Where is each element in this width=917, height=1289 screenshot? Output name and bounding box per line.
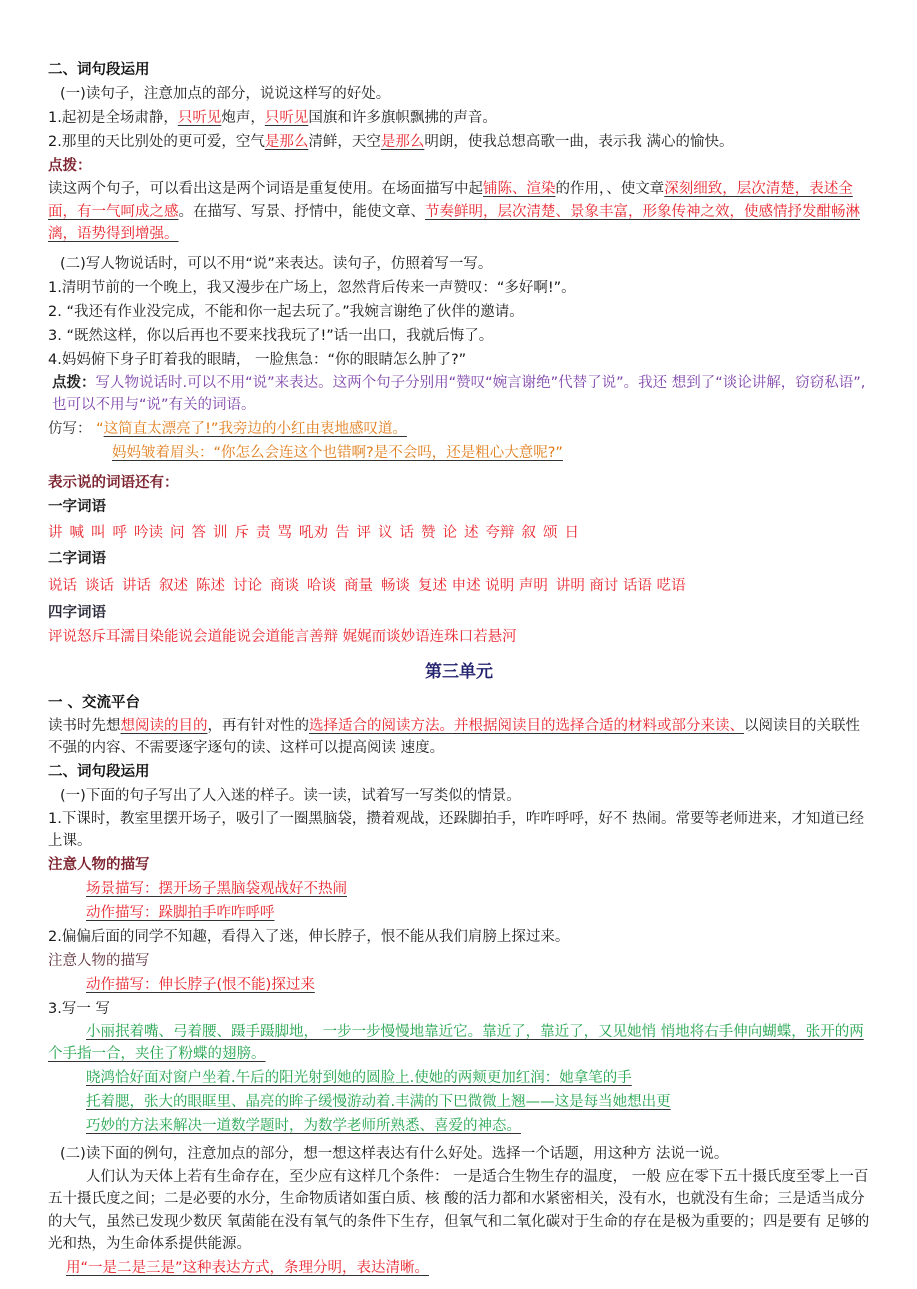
- tip-paragraph: 点拨：写人物说话时.可以不用“说”来表达。这两个句子分别用“赞叹“婉言谢绝”代替…: [48, 372, 870, 417]
- dotted-phrase: 只听见: [265, 110, 309, 126]
- example-item: 2. “我还有作业没完成，不能和你一起去玩了。”我婉言谢绝了伙伴的邀请。: [48, 300, 870, 324]
- sentence-1: 1.起初是全场肃静，只听见炮声，只听见国旗和许多旗帜飘拂的声音。: [48, 106, 870, 130]
- exercise-prompt: (一)下面的句子写出了人入迷的样子。读一读，试着写一写类似的情景。: [48, 784, 870, 808]
- writing-sample-2: 晓鸿恰好面对窗户坐着.午后的阳光射到她的圆脸上.使她的两颊更加红润：她拿笔的手: [48, 1066, 870, 1090]
- text: 的作用，、使文章: [556, 181, 665, 197]
- word: 讨论: [233, 578, 262, 594]
- tip-text: 写人物说话时.可以不用“说”来表达。这两个句子分别用“赞叹“婉言谢绝”代替了说”…: [52, 375, 865, 414]
- quote: “: [96, 421, 104, 437]
- note-text: 动作描写：伸长脖子(恨不能)探过来: [86, 977, 315, 993]
- highlight: 选择适合的阅读方法。并根据阅读目的选择合适的材料或部分来读、: [309, 718, 744, 734]
- dotted-phrase: 是那么: [265, 134, 309, 150]
- dotted-phrase: 是那么: [381, 134, 425, 150]
- word: 告: [335, 525, 350, 541]
- word: 叙述: [159, 578, 188, 594]
- writing-sample-2: 托着腮，张大的眼眶里、晶亮的眸子缓慢游动着.丰满的下巴微微上翘——这是每当她想出…: [48, 1090, 870, 1114]
- word: 复述 申述 说明 声明: [418, 578, 548, 594]
- exercise-prompt: (二)读下面的例句，注意加点的部分，想一想这样表达有什么好处。选择一个话题，用这…: [48, 1142, 870, 1166]
- word: 颂: [543, 525, 558, 541]
- example-item: 3.写一 写: [48, 997, 870, 1021]
- word: 讲明 商讨 话语 呓语: [556, 578, 686, 594]
- highlight: 铺陈、渲染: [483, 181, 556, 197]
- word: 呼: [113, 525, 128, 541]
- note-label: 注意人物的描写: [48, 853, 870, 877]
- word: 夸辩: [486, 525, 515, 541]
- section-heading: 二、词句段运用: [48, 58, 870, 82]
- example-item: 1.清明节前的一个晚上，我又漫步在广场上，忽然背后传来一声赞叹：“多好啊!”。: [48, 276, 870, 300]
- sample-text: 晓鸿恰好面对窗户坐着.午后的阳光射到她的圆脸上.使她的两颊更加红润：她拿笔的手: [86, 1070, 632, 1086]
- text: 1.起初是全场肃静，: [48, 110, 178, 126]
- word: 答: [192, 525, 207, 541]
- word: 议: [378, 525, 393, 541]
- text: 2.那里的天比别处的更可爱，空气: [48, 134, 265, 150]
- writing-sample-2: 巧妙的方法来解决一道数学题时，为数学老师所熟悉、喜爱的神态。: [48, 1114, 870, 1138]
- word: 说话: [48, 578, 77, 594]
- example-paragraph: 人们认为天体上若有生命存在，至少应有这样几个条件： 一是适合生物生存的温度， 一…: [48, 1166, 870, 1256]
- word: 话: [400, 525, 415, 541]
- text: 明朗，使我总想高歌一曲，表示我 满心的愉快。: [424, 134, 733, 150]
- word: 喊: [70, 525, 85, 541]
- word: 赞: [421, 525, 436, 541]
- imitation-text: 这简直太漂亮了!”我旁边的小红由衷地感叹道。: [104, 421, 407, 437]
- note-scene: 场景描写：摆开场子黑脑袋观战好不热闹: [48, 877, 870, 901]
- answer-text: 用“一是二是三是”这种表达方式，条理分明，表达清晰。: [66, 1260, 429, 1276]
- word: 吼劝: [299, 525, 328, 541]
- imitation-text: 妈妈皱着眉头：“你怎么会连这个也错啊?是不会吗，还是粗心大意呢?”: [112, 445, 563, 461]
- exercise-prompt: (一)读句子，注意加点的部分，说说这样写的好处。: [48, 82, 870, 106]
- word: 责: [256, 525, 271, 541]
- imitation-1: 仿写： “这简直太漂亮了!”我旁边的小红由衷地感叹道。: [48, 417, 870, 441]
- word: 吟读: [134, 525, 163, 541]
- word: 斥: [235, 525, 250, 541]
- word: 商谈: [270, 578, 299, 594]
- word: 叫: [91, 525, 106, 541]
- note-action: 动作描写：跺脚拍手咋咋呼呼: [48, 901, 870, 925]
- tip-label: 点拨：: [52, 375, 96, 391]
- word: 训: [213, 525, 228, 541]
- text: 国旗和许多旗帜飘拂的声音。: [308, 110, 497, 126]
- exercise-prompt: (二)写人物说话时，可以不用“说”来表达。读句子，仿照着写一写。: [48, 252, 870, 276]
- sample-text: 托着腮，张大的眼眶里、晶亮的眸子缓慢游动着.丰满的下巴微微上翘——这是每当她想出…: [86, 1094, 671, 1110]
- text: 炮声，: [221, 110, 265, 126]
- example-item: 1.下课时，教室里摆开场子，吸引了一圈黑脑袋，攒着观战，还跺脚拍手，咋咋呼呼，好…: [48, 808, 870, 853]
- word: 骂: [278, 525, 293, 541]
- word: 叙: [522, 525, 537, 541]
- word: 哈谈: [307, 578, 336, 594]
- word: 谈话: [85, 578, 114, 594]
- example-item: 2.偏偏后面的同学不知趣，看得入了迷，伸长脖子，恨不能从我们肩膀上探过来。: [48, 925, 870, 949]
- exchange-paragraph: 读书时先想想阅读的目的，再有针对性的选择适合的阅读方法。并根据阅读目的选择合适的…: [48, 715, 870, 760]
- one-char-label: 一字词语: [48, 495, 870, 519]
- document-page: 二、词句段运用 (一)读句子，注意加点的部分，说说这样写的好处。 1.起初是全场…: [48, 58, 870, 1280]
- section-heading: 二、词句段运用: [48, 760, 870, 784]
- dotted-phrase: 只听见: [178, 110, 222, 126]
- word: 评: [357, 525, 372, 541]
- example-item: 3. “既然这样，你以后再也不要来找我玩了!”话一出口，我就后悔了。: [48, 324, 870, 348]
- example-item: 4.妈妈俯下身子盯着我的眼睛， 一脸焦急：“你的眼睛怎么肿了?”: [48, 348, 870, 372]
- note-label: 注意人物的描写: [48, 949, 870, 973]
- four-char-label: 四字词语: [48, 601, 870, 625]
- one-char-words: 讲喊叫呼吟读问答训斥责骂吼劝告评议话赞论述夸辩叙颂日: [48, 519, 870, 547]
- tip-label: 点拨：: [48, 154, 870, 178]
- word: 陈述: [196, 578, 225, 594]
- two-char-words: 说话谈话讲话叙述陈述讨论商谈哈谈商量畅谈复述 申述 说明 声明讲明 商讨 话语 …: [48, 571, 870, 601]
- unit-title: 第三单元: [48, 653, 870, 691]
- sentence-2: 2.那里的天比别处的更可爱，空气是那么清鲜，天空是那么明朗，使我总想高歌一曲，表…: [48, 130, 870, 154]
- text: 读这两个句子，可以看出这是两个词语是重复使用。在场面描写中起: [48, 181, 483, 197]
- highlight: 想阅读的目的: [121, 718, 208, 734]
- four-char-words: 评说怒斥耳濡目染能说会道能说会道能言善辩 娓娓而谈妙语连珠口若悬河: [48, 625, 870, 649]
- word: 日: [565, 525, 580, 541]
- note-text: 动作描写：跺脚拍手咋咋呼呼: [86, 905, 275, 921]
- word-list-heading: 表示说的词语还有：: [48, 471, 870, 495]
- word: 畅谈: [381, 578, 410, 594]
- text: 清鲜，天空: [308, 134, 381, 150]
- two-char-label: 二字词语: [48, 547, 870, 571]
- note-text: 场景描写：摆开场子黑脑袋观战好不热闹: [86, 881, 347, 897]
- writing-sample-1: 小丽抿着嘴、弓着腰、蹑手蹑脚地， 一步一步慢慢地靠近它。靠近了，靠近了，又见她悄…: [48, 1021, 870, 1066]
- word: 商量: [344, 578, 373, 594]
- word: 论: [443, 525, 458, 541]
- word: 述: [464, 525, 479, 541]
- word: 问: [170, 525, 185, 541]
- note-action: 动作描写：伸长脖子(恨不能)探过来: [48, 973, 870, 997]
- word: 讲话: [122, 578, 151, 594]
- tip-paragraph: 读这两个句子，可以看出这是两个词语是重复使用。在场面描写中起铺陈、渲染的作用，、…: [48, 178, 870, 246]
- sample-text: 巧妙的方法来解决一道数学题时，为数学老师所熟悉、喜爱的神态。: [86, 1118, 521, 1134]
- text: 。在描写、写景、抒情中，能使文章、: [179, 204, 426, 220]
- word: 讲: [48, 525, 63, 541]
- section-heading: 一 、交流平台: [48, 691, 870, 715]
- text: 读书时先想: [48, 718, 121, 734]
- imitation-label: 仿写：: [48, 421, 92, 437]
- imitation-2: 妈妈皱着眉头：“你怎么会连这个也错啊?是不会吗，还是粗心大意呢?”: [48, 441, 870, 465]
- sample-text: 小丽抿着嘴、弓着腰、蹑手蹑脚地， 一步一步慢慢地靠近它。靠近了，靠近了，又见她悄…: [48, 1024, 864, 1063]
- answer: 用“一是二是三是”这种表达方式，条理分明，表达清晰。: [48, 1256, 870, 1280]
- text: ，再有针对性的: [208, 718, 310, 734]
